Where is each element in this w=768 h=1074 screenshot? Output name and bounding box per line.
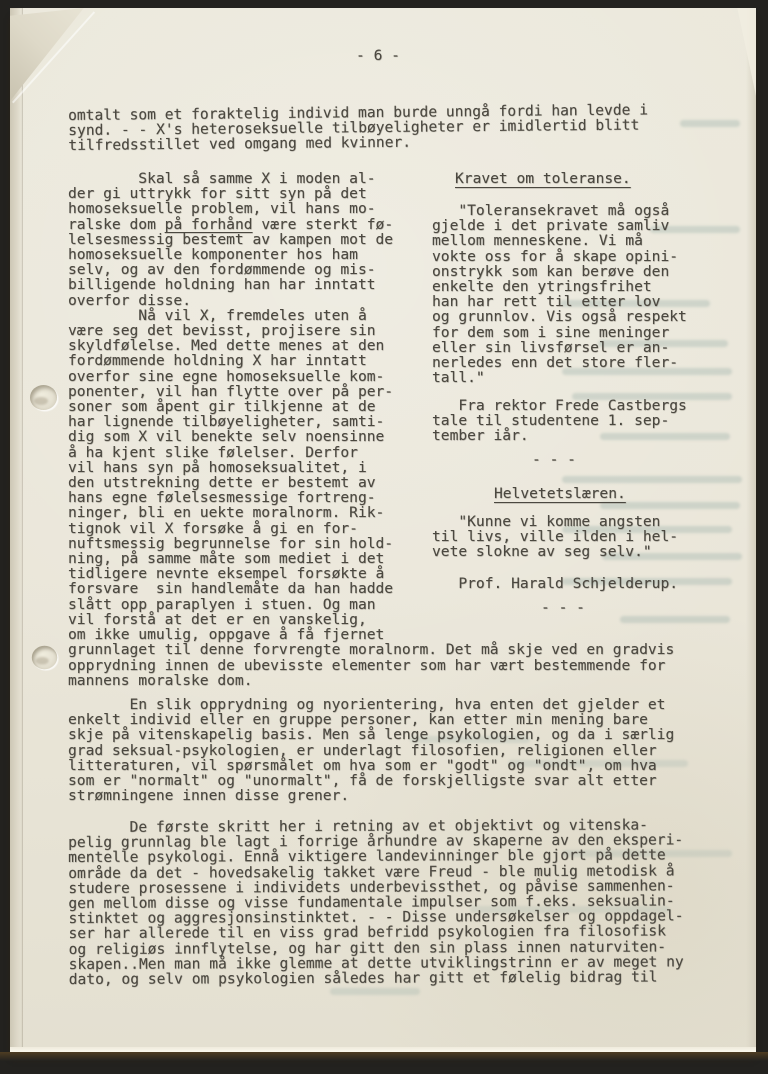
quote-helvete: "Kunne vi komme angsten til livs, ville … <box>432 514 678 560</box>
page-number: - 6 - <box>340 48 416 63</box>
paper-sheet: - 6 - omtalt som et foraktelig individ m… <box>10 8 756 1052</box>
quote-attribution-castberg: Fra rektor Frede Castbergs tale til stud… <box>432 398 687 444</box>
punch-hole-top <box>30 385 57 410</box>
dash-separator: - - - <box>541 600 585 615</box>
paper-bottom-shadow <box>0 1052 768 1061</box>
section-heading-helvetetslaeren: Helvetetslæren. <box>494 486 626 501</box>
paragraph-science: De første skritt her i retning av et obj… <box>68 817 684 987</box>
section-heading-toleranse: Kravet om toleranse. <box>455 171 631 186</box>
intro-paragraph: omtalt som et foraktelig individ man bur… <box>68 102 648 153</box>
paper-left-edge <box>10 8 23 1052</box>
dash-separator: - - - <box>532 452 576 467</box>
paper-right-edge <box>746 8 756 1052</box>
punch-hole-bottom <box>32 646 57 670</box>
paragraph-cleanup: En slik opprydning og nyorientering, hva… <box>68 697 674 803</box>
quote-attribution-schjelderup: Prof. Harald Schjelderup. <box>432 576 678 591</box>
quote-toleranse: "Toleransekravet må også gjelde i det pr… <box>432 203 687 385</box>
